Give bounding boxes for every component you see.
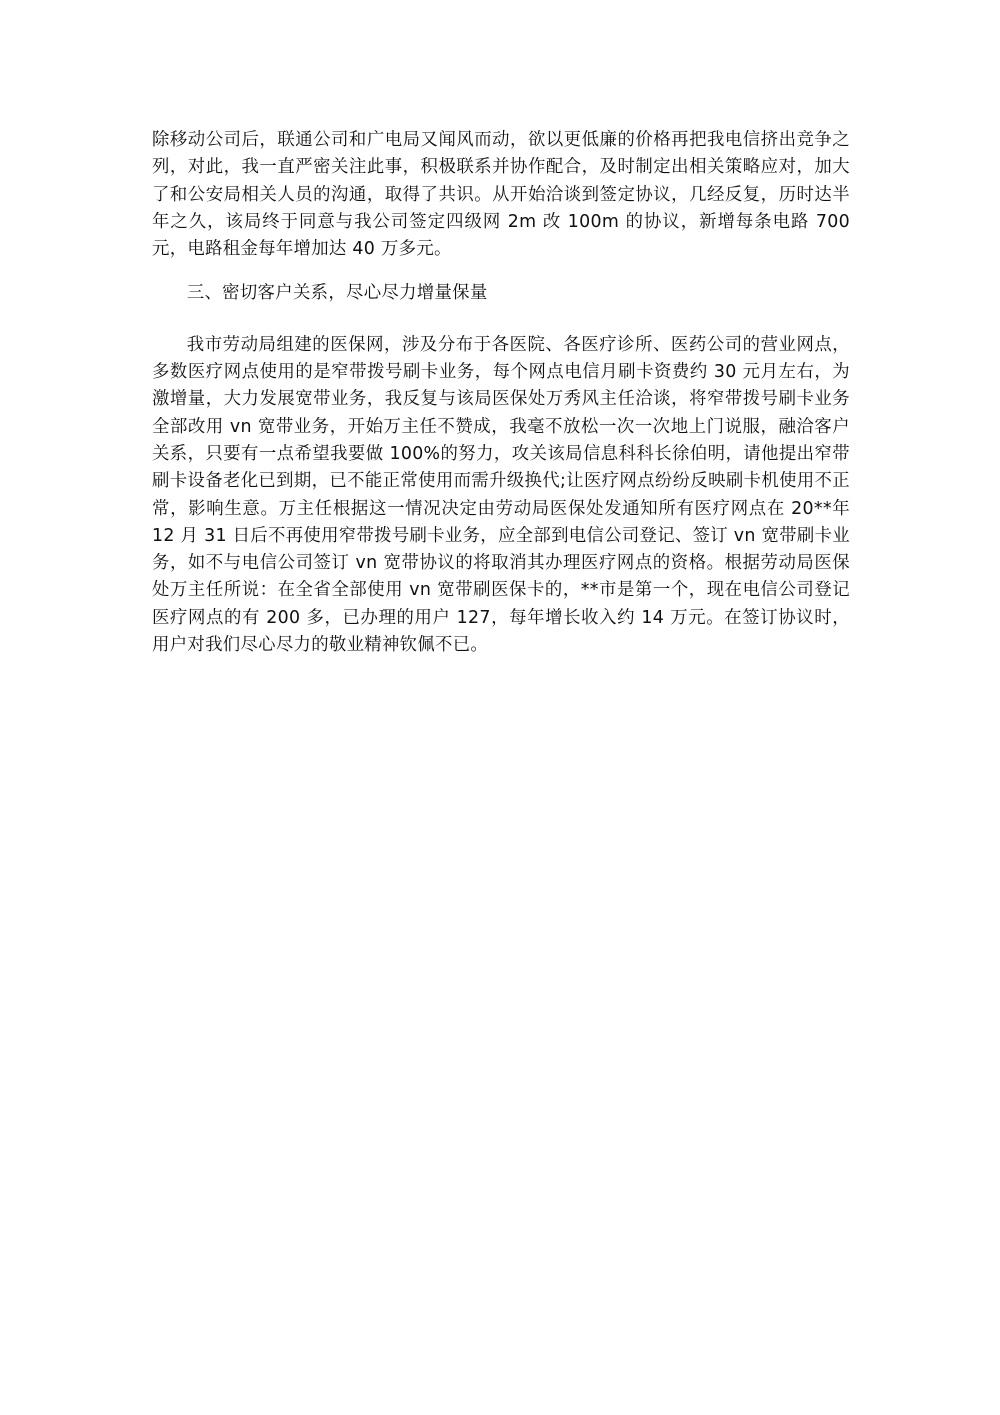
document-page: 除移动公司后，联通公司和广电局又闻风而动，欲以更低廉的价格再把我电信挤出竞争之列… <box>152 127 850 659</box>
body-paragraph-competition: 除移动公司后，联通公司和广电局又闻风而动，欲以更低廉的价格再把我电信挤出竞争之列… <box>152 127 850 263</box>
section-heading-customer-relations: 三、密切客户关系，尽心尽力增量保量 <box>152 280 850 307</box>
body-paragraph-medical-insurance-network: 我市劳动局组建的医保网，涉及分布于各医院、各医疗诊所、医药公司的营业网点，多数医… <box>152 332 850 660</box>
